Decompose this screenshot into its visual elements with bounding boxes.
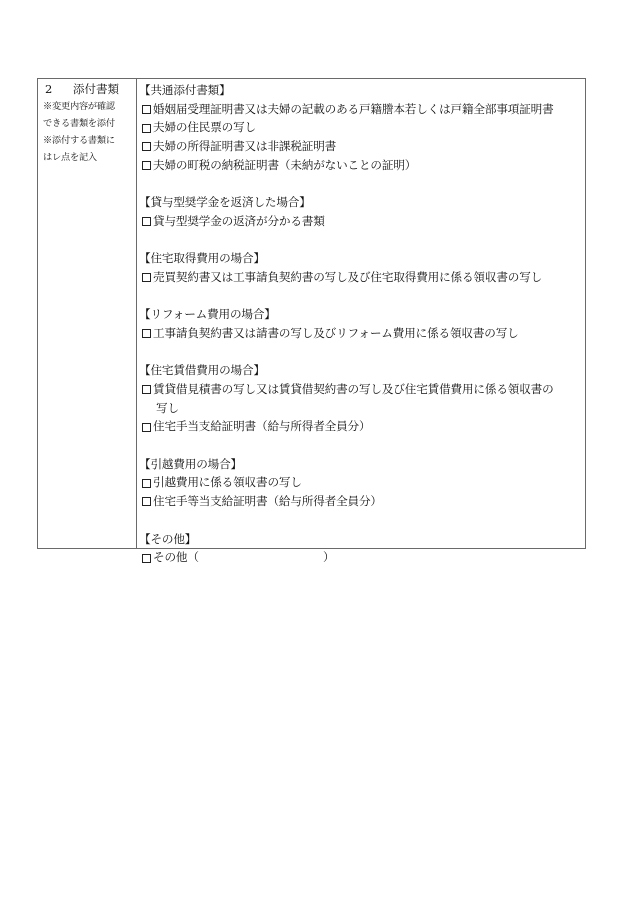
- checklist-item-other[interactable]: その他（ ）: [142, 548, 585, 567]
- spacer: [142, 174, 585, 193]
- checklist-item-label: 住宅手等当支給証明書（給与所得者全員分）: [153, 492, 382, 511]
- checklist-item-label: 引越費用に係る領収書の写し: [153, 473, 302, 492]
- checklist-item-label: 住宅手当支給証明書（給与所得者全員分）: [153, 417, 370, 436]
- checklist-item-label: 夫婦の所得証明書又は非課税証明書: [153, 137, 336, 156]
- checklist-item-label: 貸与型奨学金の返済が分かる書類: [153, 212, 325, 231]
- checkbox-icon[interactable]: [142, 142, 151, 151]
- section-note: ※添付する書類に: [43, 132, 136, 149]
- group-heading-common: 【共通添付書類】: [139, 81, 585, 100]
- group-heading-moving: 【引越費用の場合】: [139, 455, 585, 474]
- group-heading-scholarship: 【貸与型奨学金を返済した場合】: [139, 193, 585, 212]
- checkbox-icon[interactable]: [142, 105, 151, 114]
- checklist-item[interactable]: 賃貸借見積書の写し又は賃貸借契約書の写し及び住宅賃借費用に係る領収書の: [142, 380, 585, 399]
- section-note: できる書類を添付: [43, 115, 136, 132]
- group-heading-housing-acquisition: 【住宅取得費用の場合】: [139, 249, 585, 268]
- checklist-item-label: 売買契約書又は工事請負契約書の写し及び住宅取得費用に係る領収書の写し: [153, 268, 542, 287]
- checklist-item-continuation: 写し: [142, 399, 585, 418]
- section-heading: 2添付書類: [43, 82, 136, 97]
- spacer: [142, 343, 585, 362]
- checklist-item[interactable]: 住宅手当支給証明書（給与所得者全員分）: [142, 417, 585, 436]
- checklist-item-label: 賃貸借見積書の写し又は賃貸借契約書の写し及び住宅賃借費用に係る領収書の: [153, 380, 554, 399]
- checkbox-icon[interactable]: [142, 273, 151, 282]
- checklist-item[interactable]: 婚姻届受理証明書又は夫婦の記載のある戸籍謄本若しくは戸籍全部事項証明書: [142, 100, 585, 119]
- section-title: 添付書類: [73, 82, 119, 96]
- documents-list-cell: 【共通添付書類】 婚姻届受理証明書又は夫婦の記載のある戸籍謄本若しくは戸籍全部事…: [137, 79, 585, 548]
- section-note: はレ点を記入: [43, 149, 136, 166]
- checklist-item[interactable]: 夫婦の住民票の写し: [142, 118, 585, 137]
- section-note: ※変更内容が確認: [43, 98, 136, 115]
- group-heading-reform: 【リフォーム費用の場合】: [139, 305, 585, 324]
- group-heading-other: 【その他】: [139, 530, 585, 549]
- other-label: その他（: [153, 548, 323, 567]
- checkbox-icon[interactable]: [142, 497, 151, 506]
- checklist-item[interactable]: 工事請負契約書又は請書の写し及びリフォーム費用に係る領収書の写し: [142, 324, 585, 343]
- checkbox-icon[interactable]: [142, 554, 151, 563]
- checkbox-icon[interactable]: [142, 161, 151, 170]
- attachments-table: 2添付書類 ※変更内容が確認 できる書類を添付 ※添付する書類に はレ点を記入 …: [37, 78, 586, 549]
- checklist-item[interactable]: 貸与型奨学金の返済が分かる書類: [142, 212, 585, 231]
- checkbox-icon[interactable]: [142, 124, 151, 133]
- checklist-item[interactable]: 住宅手等当支給証明書（給与所得者全員分）: [142, 492, 585, 511]
- checkbox-icon[interactable]: [142, 385, 151, 394]
- spacer: [142, 287, 585, 306]
- checkbox-icon[interactable]: [142, 329, 151, 338]
- checklist-item-label: 工事請負契約書又は請書の写し及びリフォーム費用に係る領収書の写し: [153, 324, 519, 343]
- spacer: [142, 231, 585, 250]
- checklist-item-label: 夫婦の住民票の写し: [153, 118, 256, 137]
- checkbox-icon[interactable]: [142, 423, 151, 432]
- spacer: [142, 511, 585, 530]
- checklist-item-label: 婚姻届受理証明書又は夫婦の記載のある戸籍謄本若しくは戸籍全部事項証明書: [153, 100, 554, 119]
- checklist-item[interactable]: 売買契約書又は工事請負契約書の写し及び住宅取得費用に係る領収書の写し: [142, 268, 585, 287]
- checklist-item[interactable]: 夫婦の所得証明書又は非課税証明書: [142, 137, 585, 156]
- other-close-paren: ）: [323, 548, 334, 567]
- checklist-item[interactable]: 引越費用に係る領収書の写し: [142, 473, 585, 492]
- group-heading-housing-rental: 【住宅賃借費用の場合】: [139, 361, 585, 380]
- checklist-item[interactable]: 夫婦の町税の納税証明書（未納がないことの証明）: [142, 156, 585, 175]
- spacer: [142, 436, 585, 455]
- checkbox-icon[interactable]: [142, 479, 151, 488]
- section-number: 2: [43, 82, 73, 97]
- section-label-cell: 2添付書類 ※変更内容が確認 できる書類を添付 ※添付する書類に はレ点を記入: [38, 79, 137, 548]
- checklist-item-label: 夫婦の町税の納税証明書（未納がないことの証明）: [153, 156, 416, 175]
- checkbox-icon[interactable]: [142, 217, 151, 226]
